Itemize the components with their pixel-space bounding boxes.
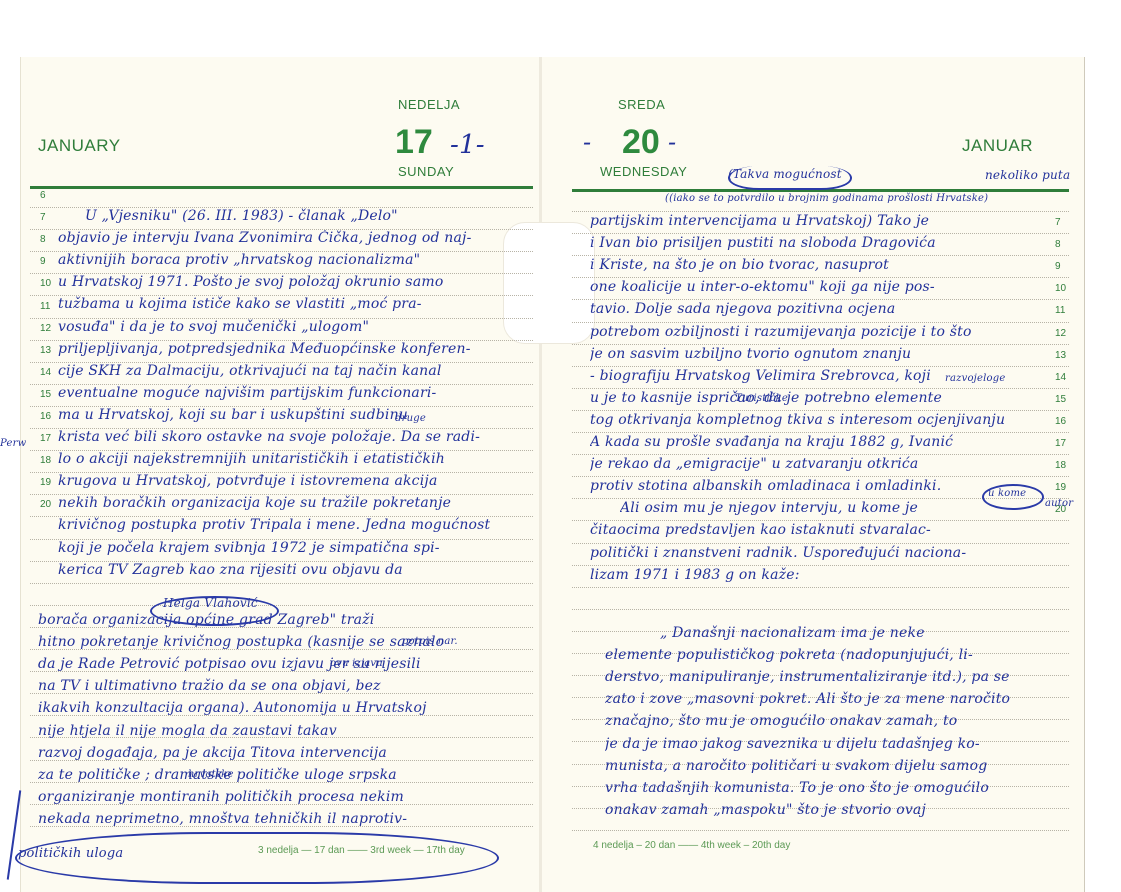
handwritten-line: U „Vjesniku" (26. III. 1983) - članak „D… (85, 208, 398, 224)
handwritten-line: derstvo, manipuliranje, instrumentalizir… (605, 669, 1010, 685)
handwritten-line: elemente populističkog pokreta (nadopunj… (605, 647, 973, 663)
handwritten-line: razvoj događaja, pa je akcija Titova int… (38, 745, 387, 761)
right-hour-label: 16 (1055, 416, 1075, 427)
handwritten-line: „ Današnji nacionalizam ima je neke (660, 625, 925, 641)
handwritten-line: nekada neprimetno, mnoštva tehničkih il … (38, 811, 407, 827)
handwritten-line: priljepljivanja, potpredsjednika Međuopć… (58, 341, 471, 357)
right-hour-label: 12 (1055, 328, 1075, 339)
right-month-label: JANUAR (962, 136, 1033, 156)
right-day-name-local: SREDA (618, 97, 665, 112)
right-day-number: 20 (622, 123, 660, 162)
right-top-note: nekoliko puta (985, 168, 1070, 182)
handwritten-line: A kada su prošle svađanja na kraju 1882 … (590, 434, 953, 450)
right-hour-label: 17 (1055, 438, 1075, 449)
right-ruled-line (572, 388, 1069, 389)
right-footer: 4 nedelja – 20 dan —— 4th week – 20th da… (593, 840, 790, 851)
right-ruled-line (572, 211, 1069, 212)
right-ruled-line (572, 299, 1069, 300)
handwritten-line: tavio. Dolje sada njegova pozitivna ocje… (590, 301, 895, 317)
right-hour-label: 18 (1055, 460, 1075, 471)
left-hour-label: 12 (40, 323, 60, 334)
handwritten-line: nije htjela il nije mogla da zaustavi ta… (38, 723, 337, 739)
left-ruled-line (30, 605, 533, 606)
right-hour-label: 10 (1055, 283, 1075, 294)
left-hour-label: 17 (40, 433, 60, 444)
left-day-name-local: NEDELJA (398, 97, 460, 112)
right-ruled-line (572, 520, 1069, 521)
handwritten-line: munista, a naročito političari u svakom … (605, 758, 987, 774)
bottom-bracket-oval (15, 832, 499, 884)
right-hour-label: 14 (1055, 372, 1075, 383)
right-ruled-line (572, 830, 1069, 831)
handwritten-line: politički i znanstveni radnik. Uspoređuj… (590, 545, 966, 561)
left-hour-label: 18 (40, 455, 60, 466)
left-month-label: JANUARY (38, 136, 121, 156)
left-annotation-potpis: potpis nar. (402, 636, 458, 647)
right-ruled-line (572, 410, 1069, 411)
left-hour-label: 15 (40, 389, 60, 400)
right-hour-label: 8 (1055, 239, 1075, 250)
left-hour-label: 11 (40, 301, 60, 312)
right-ruled-line (572, 233, 1069, 234)
handwritten-line: one koalicije u inter-o-ektomu" koji ga … (590, 279, 935, 295)
left-annotation-druge: druge (395, 413, 426, 424)
left-hour-label: 14 (40, 367, 60, 378)
handwritten-line: lo o akciji najekstremnijih unitarističk… (58, 451, 445, 467)
right-ruled-line (572, 476, 1069, 477)
handwritten-line: tužbama u kojima ističe kako se vlastiti… (58, 296, 422, 312)
left-hour-label: 13 (40, 345, 60, 356)
right-date-dash-left: - (583, 128, 591, 156)
left-hour-label: 6 (40, 190, 60, 201)
handwritten-line: krivičnog postupka protiv Tripala i mene… (58, 517, 490, 533)
left-hour-label: 9 (40, 256, 60, 267)
handwritten-line: tog otkrivanja kompletnog tkiva s intere… (590, 412, 1005, 428)
handwritten-line: u Hrvatskoj 1971. Pošto je svoj položaj … (58, 274, 443, 290)
handwritten-line: hitno pokretanje krivičnog postupka (kas… (38, 634, 444, 650)
left-annotation-izjava: ovu izjavu (330, 658, 383, 669)
right-ruled-line (572, 432, 1069, 433)
right-day-name-en: WEDNESDAY (600, 164, 687, 179)
right-hour-label: 13 (1055, 350, 1075, 361)
right-annotation-razvojeloge: razvojeloge (945, 373, 1005, 384)
handwritten-line: ma u Hrvatskoj, koji su bar i uskupštini… (58, 407, 408, 423)
left-hour-label: 10 (40, 278, 60, 289)
right-ruled-line (572, 322, 1069, 323)
right-ruled-line (572, 587, 1069, 588)
handwritten-line: krista već bili skoro ostavke na svoje p… (58, 429, 480, 445)
handwritten-line: je on sasvim uzbiljno tvorio ognutom zna… (590, 346, 911, 362)
right-ruled-line (572, 277, 1069, 278)
handwritten-line: potrebom ozbiljnosti i razumijevanja poz… (590, 324, 972, 340)
right-ruled-line (572, 255, 1069, 256)
left-footer: 3 nedelja — 17 dan —— 3rd week — 17th da… (258, 845, 465, 856)
left-day-number: 17 (395, 123, 433, 162)
handwritten-line: eventualne moguće najvišim partijskim fu… (58, 385, 436, 401)
right-ruled-line (572, 543, 1069, 544)
handwritten-line: je da je imao jakog saveznika u dijelu t… (605, 736, 980, 752)
right-date-dash-right: - (668, 128, 676, 156)
handwritten-line: Ali osim mu je njegov intervju, u kome j… (620, 500, 918, 516)
right-hour-label: 9 (1055, 261, 1075, 272)
handwritten-line: i Kriste, na što je on bio tvorac, nasup… (590, 257, 889, 273)
left-annotation-hrvatske: hrvatske (188, 769, 234, 780)
right-ruled-line (572, 565, 1069, 566)
handwritten-line: onakav zamah „maspoku" što je stvorio ov… (605, 802, 926, 818)
handwritten-line: čitaocima predstavljen kao istaknuti stv… (590, 522, 931, 538)
handwritten-line: značajno, što mu je omogućilo onakav zam… (605, 713, 957, 729)
right-annotation-turisticke: Turističke (735, 393, 788, 404)
handwritten-line: aktivnijih boraca protiv „hrvatskog naci… (58, 252, 420, 268)
handwritten-line: - biografiju Hrvatskog Velimira Srebrovc… (590, 368, 931, 384)
right-hour-label: 19 (1055, 482, 1075, 493)
left-hour-label: 16 (40, 411, 60, 422)
left-margin-note: Perw (0, 438, 26, 449)
right-ruled-line (572, 344, 1069, 345)
right-ruled-line (572, 609, 1069, 610)
handwritten-line: i Ivan bio prisiljen pustiti na sloboda … (590, 235, 936, 251)
left-hour-label: 20 (40, 499, 60, 510)
right-bracket-line: ((iako se to potvrdilo u brojnim godinam… (665, 193, 988, 204)
handwritten-line: je rekao da „emigracije" u zatvaranju ot… (590, 456, 918, 472)
right-circled-note-underline (728, 166, 852, 190)
right-ruled-line (572, 366, 1069, 367)
right-hour-label: 15 (1055, 394, 1075, 405)
handwritten-line: organiziranje montiranih političkih proc… (38, 789, 404, 805)
handwritten-line: nekih boračkih organizacija koje su traž… (58, 495, 451, 511)
right-hour-label: 11 (1055, 305, 1075, 316)
right-annotation-u-kome: u kome (988, 488, 1026, 499)
handwritten-line: vrha tadašnjih komunista. To je ono što … (605, 780, 989, 796)
handwritten-line: cije SKH za Dalmaciju, otkrivajući na ta… (58, 363, 442, 379)
handwritten-line: kerica TV Zagreb kao zna rijesiti ovu ob… (58, 562, 403, 578)
handwritten-line: protiv stotina albanskih omladinaca i om… (590, 478, 941, 494)
handwritten-line: partijskim intervencijama u Hrvatskoj) T… (590, 213, 929, 229)
page-tab-cutout (503, 222, 595, 344)
left-hour-label: 8 (40, 234, 60, 245)
book-spine (539, 57, 542, 892)
handwritten-line: krugova u Hrvatskoj, potvrđuje i istovre… (58, 473, 438, 489)
handwritten-line: na TV i ultimativno tražio da se ona obj… (38, 678, 381, 694)
left-hour-label: 7 (40, 212, 60, 223)
handwritten-line: zato i zove „masovni pokret. Ali što je … (605, 691, 1010, 707)
handwritten-line: ikakvih konzultacija organa). Autonomija… (38, 700, 427, 716)
right-annotation-autor: autor (1045, 498, 1073, 509)
handwritten-line: koji je počela krajem svibnja 1972 je si… (58, 540, 440, 556)
handwritten-line: lizam 1971 i 1983 g on kaže: (590, 567, 800, 583)
right-hour-label: 7 (1055, 217, 1075, 228)
handwritten-line: vosuđa" i da je to svoj mučenički „ulogo… (58, 319, 369, 335)
left-header-rule (30, 186, 533, 189)
right-ruled-line (572, 454, 1069, 455)
circled-name-oval (150, 596, 279, 626)
handwritten-line: objavio je intervju Ivana Zvonimira Čičk… (58, 230, 472, 246)
left-hour-label: 19 (40, 477, 60, 488)
left-day-name-en: SUNDAY (398, 164, 454, 179)
left-ruled-line (30, 583, 533, 584)
left-date-correction: -1- (450, 130, 485, 160)
